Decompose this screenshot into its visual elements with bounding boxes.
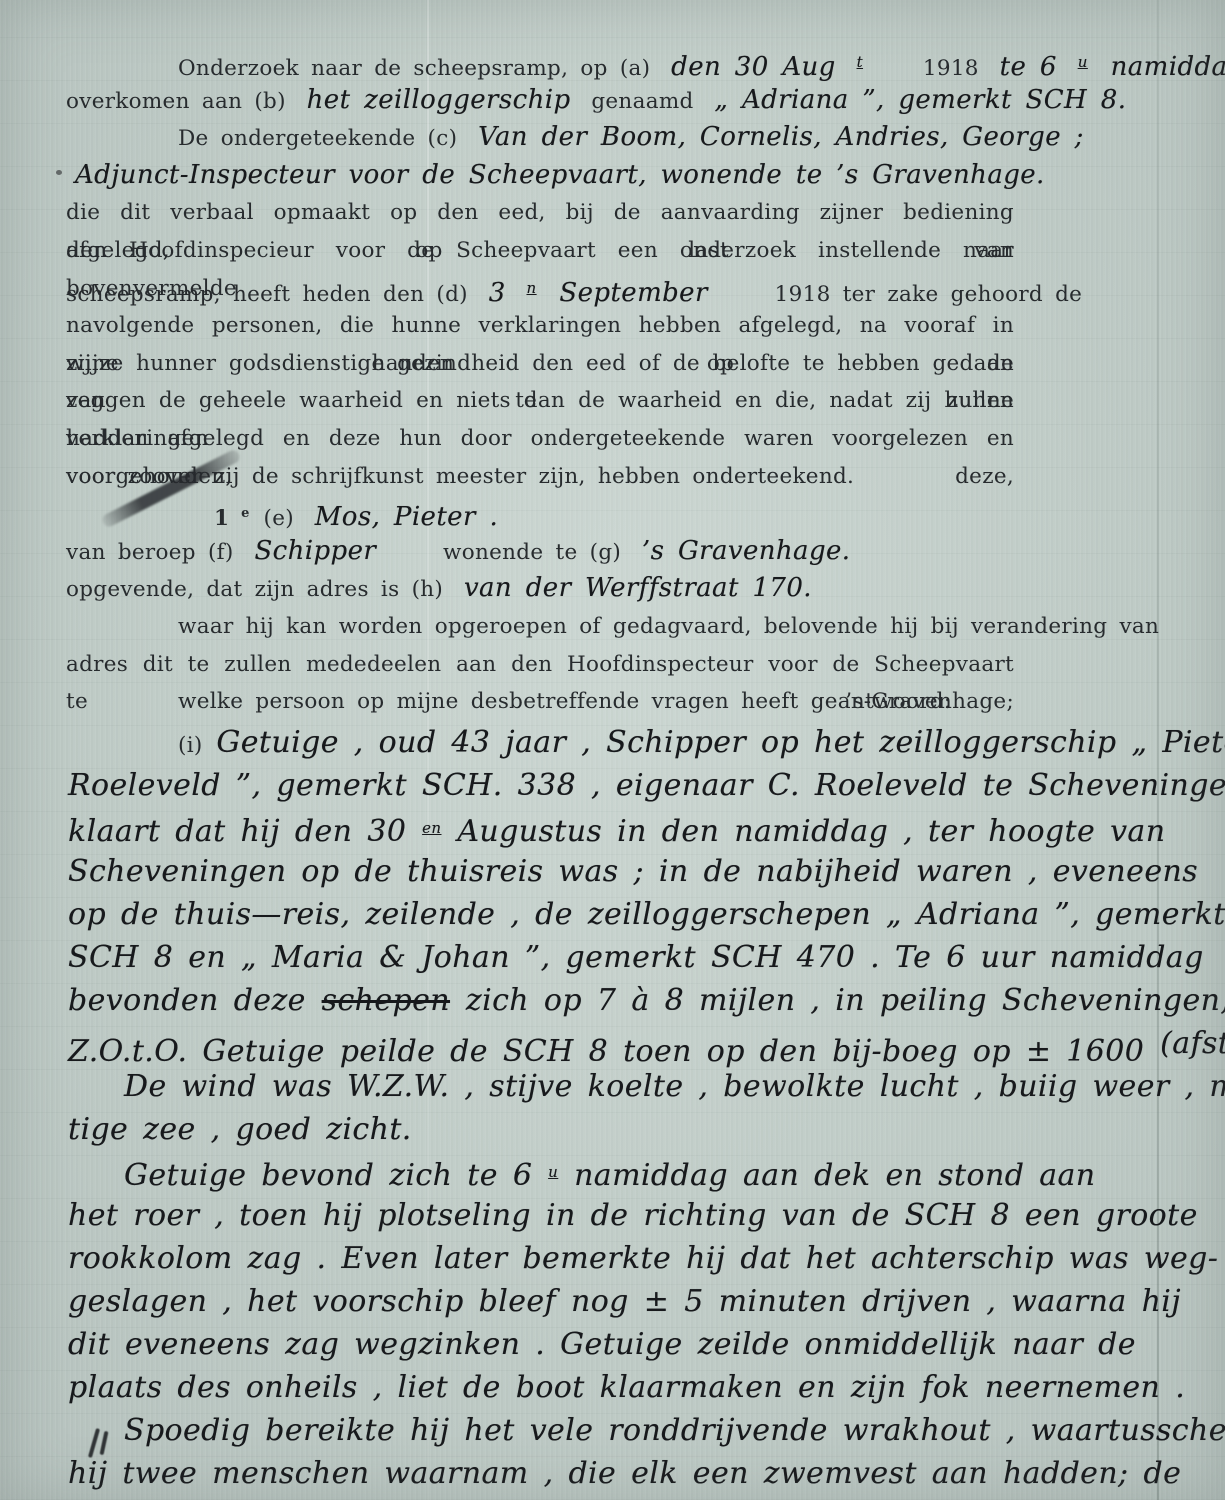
handwritten-text: den 30 Aug <box>662 52 845 82</box>
handwritten-text: te 6 <box>991 52 1066 82</box>
document-line: die dit verbaal opmaakt op den eed, bij … <box>66 194 1014 232</box>
document-line: Getuige bevond zich te 6 u namiddag aan … <box>66 1151 1225 1194</box>
handwritten-text: hij twee menschen waarnam , die elk een … <box>66 1456 1183 1491</box>
printed-text: welke persoon op mijne desbetreffende vr… <box>178 689 951 714</box>
handwritten-text: Scheveningen op de thuisreis was ; in de… <box>66 854 1200 889</box>
document-line: hadden afgelegd en deze hun door onderge… <box>66 420 1014 458</box>
document-lines: Onderzoek naar de scheepsramp, op (a) de… <box>66 44 1225 1495</box>
handwritten-text: bevonden deze <box>66 983 308 1018</box>
printed-text: (e) <box>264 506 294 531</box>
handwritten-text: plaats des onheils , liet de boot klaarm… <box>66 1370 1187 1405</box>
handwritten-text: Getuige , oud 43 jaar , Schipper op het … <box>214 725 1225 760</box>
handwritten-text: rookkolom zag . Even later bemerkte hij … <box>66 1241 1220 1276</box>
handwritten-text: het zeilloggerschip <box>298 85 580 115</box>
handwritten-text: Schipper <box>245 536 385 566</box>
document-line: geslagen , het voorschip bleef nog ± 5 m… <box>66 1280 1181 1323</box>
handwritten-text: van der Werffstraat 170. <box>455 573 821 603</box>
document-line: van beroep (f) Schipper wonende te (g) ’… <box>66 533 1014 571</box>
printed-text: waar hij kan worden opgeroepen of gedagv… <box>178 614 1159 639</box>
ink-speck <box>56 170 62 175</box>
document-line: hij twee menschen waarnam , die elk een … <box>66 1452 1181 1495</box>
handwritten-text: dit eveneens zag wegzinken . Getuige zei… <box>66 1327 1138 1362</box>
printed-text: van beroep (f) <box>66 540 234 565</box>
document-line: navolgende personen, die hunne verklarin… <box>66 307 1014 345</box>
scanned-document-page: Onderzoek naar de scheepsramp, op (a) de… <box>0 0 1225 1500</box>
handwritten-text: en <box>420 819 443 837</box>
document-line: tige zee , goed zicht. <box>66 1108 1181 1151</box>
handwritten-text: u <box>546 1163 560 1181</box>
document-line: rookkolom zag . Even later bemerkte hij … <box>66 1237 1181 1280</box>
handwritten-text: Mos, Pieter . <box>306 502 507 532</box>
printed-text: voor zoover zij de schrijfkunst meester … <box>66 464 854 489</box>
printed-text: 1918 ter zake gehoord de <box>775 282 1083 307</box>
handwritten-text: „ Adriana ”, gemerkt SCH 8. <box>705 85 1135 115</box>
handwritten-text: u <box>1078 53 1090 71</box>
document-line: den Hoofdinspecieur voor de Scheepvaart … <box>66 232 1014 270</box>
printed-text: 1918 <box>923 56 979 81</box>
printed-text: opgevende, dat zijn adres is (h) <box>66 577 443 602</box>
document-line: SCH 8 en „ Maria & Johan ”, gemerkt SCH … <box>66 936 1181 979</box>
printed-text: scheepsramp, heeft heden den (d) <box>66 282 468 307</box>
printed-text: De ondergeteekende (c) <box>178 126 457 151</box>
handwritten-text: t <box>857 53 865 71</box>
handwritten-text: Augustus in den namiddag , ter hoogte va… <box>455 814 1167 849</box>
printed-text: genaamd <box>591 89 693 114</box>
handwritten-text: (afstand <box>1158 1026 1225 1061</box>
document-line: plaats des onheils , liet de boot klaarm… <box>66 1366 1181 1409</box>
printed-text: overkomen aan (b) <box>66 89 286 114</box>
document-line: welke persoon op mijne desbetreffende vr… <box>66 683 1126 721</box>
handwritten-text: namiddag aan dek en stond aan <box>572 1158 1097 1193</box>
handwritten-text: namiddag <box>1102 52 1225 82</box>
document-line: bevonden deze schepen zich op 7 à 8 mijl… <box>66 979 1181 1022</box>
document-line: klaart dat hij den 30 en Augustus in den… <box>66 807 1181 850</box>
document-line: 1 e (e) Mos, Pieter . <box>66 495 1162 533</box>
handwritten-text: Adjunct-Inspecteur voor de Scheepvaart, … <box>66 160 1054 190</box>
document-line: voor zoover zij de schrijfkunst meester … <box>66 458 1014 496</box>
document-line: Z.O.t.O. Getuige peilde de SCH 8 toen op… <box>66 1022 1181 1065</box>
printed-text: Onderzoek naar de scheepsramp, op (a) <box>178 56 650 81</box>
printed-text: wonende te (g) <box>443 540 621 565</box>
handwritten-text: geslagen , het voorschip bleef nog ± 5 m… <box>66 1284 1183 1319</box>
handwritten-text: tige zee , goed zicht. <box>66 1112 414 1147</box>
handwritten-text: 3 <box>480 278 515 308</box>
document-line: wijze hunner godsdienstige gezindheid de… <box>66 345 1014 383</box>
handwritten-text: September <box>550 278 716 308</box>
document-line: adres dit te zullen mededeelen aan den H… <box>66 646 1014 684</box>
document-line: De wind was W.Z.W. , stijve koelte , bew… <box>66 1065 1225 1108</box>
handwritten-text: Roeleveld ”, gemerkt SCH. 338 , eigenaar… <box>66 768 1225 803</box>
document-line: overkomen aan (b) het zeilloggerschip ge… <box>66 82 1014 120</box>
document-line: dit eveneens zag wegzinken . Getuige zei… <box>66 1323 1181 1366</box>
printed-text: (i) <box>178 733 203 758</box>
handwritten-text: Spoedig bereikte hij het vele ronddrijve… <box>122 1413 1225 1448</box>
handwritten-text: schepen <box>320 983 452 1018</box>
handwritten-text: Z.O.t.O. Getuige peilde de SCH 8 toen op… <box>66 1034 1146 1069</box>
document-line: opgevende, dat zijn adres is (h) van der… <box>66 570 1014 608</box>
document-line: Onderzoek naar de scheepsramp, op (a) de… <box>66 44 1126 82</box>
handwritten-text: Getuige bevond zich te 6 <box>122 1158 534 1193</box>
document-line: Spoedig bereikte hij het vele ronddrijve… <box>66 1409 1225 1452</box>
handwritten-text: De wind was W.Z.W. , stijve koelte , bew… <box>122 1069 1225 1104</box>
document-line: zeggen de geheele waarheid en niets dan … <box>66 382 1014 420</box>
document-line: het roer , toen hij plotseling in de ric… <box>66 1194 1181 1237</box>
handwritten-text: Van der Boom, Cornelis, Andries, George … <box>469 122 1093 152</box>
handwritten-text: SCH 8 en „ Maria & Johan ”, gemerkt SCH … <box>66 940 1206 975</box>
handwritten-text: klaart dat hij den 30 <box>66 814 408 849</box>
document-line: (i) Getuige , oud 43 jaar , Schipper op … <box>66 721 1225 764</box>
document-line: op de thuis—reis, zeilende , de zeillogg… <box>66 893 1181 936</box>
document-line: Scheveningen op de thuisreis was ; in de… <box>66 850 1181 893</box>
document-line: Adjunct-Inspecteur voor de Scheepvaart, … <box>66 157 1014 195</box>
printed-text: 1 <box>214 506 229 531</box>
document-line: Roeleveld ”, gemerkt SCH. 338 , eigenaar… <box>66 764 1181 807</box>
document-line: waar hij kan worden opgeroepen of gedagv… <box>66 608 1126 646</box>
document-line: scheepsramp, heeft heden den (d) 3 n Sep… <box>66 270 1014 308</box>
handwritten-text: ’s Gravenhage. <box>633 536 860 566</box>
handwritten-text: zich op 7 à 8 mijlen , in peiling Scheve… <box>464 983 1225 1018</box>
printed-text: e <box>241 506 252 521</box>
handwritten-text: n <box>527 279 539 297</box>
handwritten-text: het roer , toen hij plotseling in de ric… <box>66 1198 1200 1233</box>
handwritten-text: op de thuis—reis, zeilende , de zeillogg… <box>66 897 1225 932</box>
document-line: De ondergeteekende (c) Van der Boom, Cor… <box>66 119 1126 157</box>
